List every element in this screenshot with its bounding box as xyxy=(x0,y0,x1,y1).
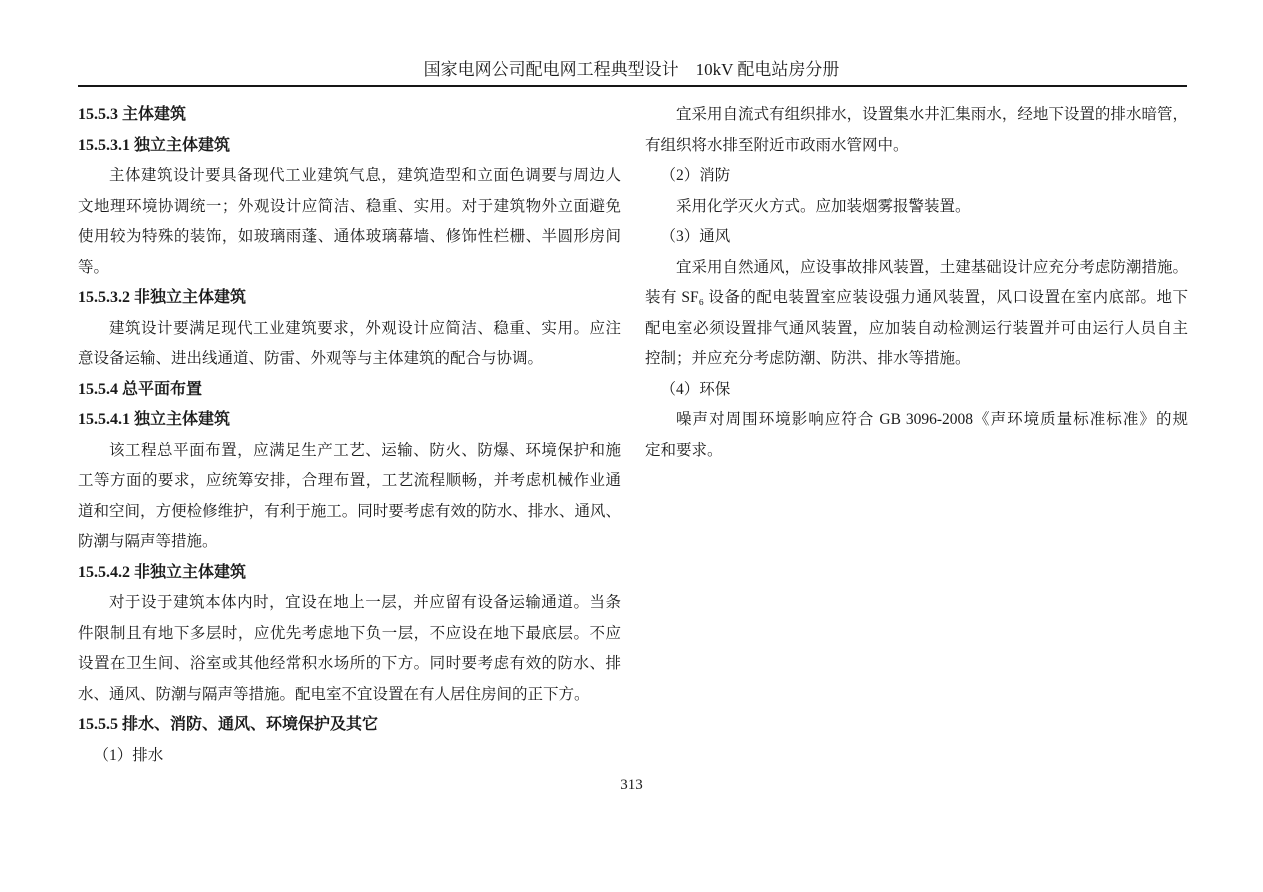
text-line: 噪声对周围环境影响应符合 GB 3096-2008《声环境质量标准标准》的规 xyxy=(645,405,1188,436)
text-line: 宜采用自然通风，应设事故排风装置，土建基础设计应充分考虑防潮措施。 xyxy=(645,253,1188,284)
section-heading: 15.5.4.1 独立主体建筑 xyxy=(78,405,621,436)
text-line: （4）环保 xyxy=(645,375,1188,406)
text-line: 主体建筑设计要具备现代工业建筑气息，建筑造型和立面色调要与周边人 xyxy=(78,161,621,192)
text-line: 控制；并应充分考虑防潮、防洪、排水等措施。 xyxy=(645,344,1188,375)
section-heading: 15.5.4 总平面布置 xyxy=(78,375,621,406)
text-line: 水、通风、防潮与隔声等措施。配电室不宜设置在有人居住房间的正下方。 xyxy=(78,680,621,711)
page-number: 313 xyxy=(0,775,1263,795)
text-line: 装有 SF₆ 设备的配电装置室应装设强力通风装置，风口设置在室内底部。地下 xyxy=(645,283,1188,314)
text-line: （1）排水 xyxy=(78,741,621,772)
section-heading: 15.5.3 主体建筑 xyxy=(78,100,621,131)
text-line: 定和要求。 xyxy=(645,436,1188,467)
running-header-title: 国家电网公司配电网工程典型设计 10kV 配电站房分册 xyxy=(0,59,1263,81)
section-heading: 15.5.5 排水、消防、通风、环境保护及其它 xyxy=(78,710,621,741)
text-line: 文地理环境协调统一；外观设计应简洁、稳重、实用。对于建筑物外立面避免 xyxy=(78,192,621,223)
text-line: 防潮与隔声等措施。 xyxy=(78,527,621,558)
text-line: 工等方面的要求，应统筹安排，合理布置，工艺流程顺畅，并考虑机械作业通 xyxy=(78,466,621,497)
text-line: 建筑设计要满足现代工业建筑要求，外观设计应简洁、稳重、实用。应注 xyxy=(78,314,621,345)
text-line: 宜采用自流式有组织排水，设置集水井汇集雨水，经地下设置的排水暗管， xyxy=(645,100,1188,131)
text-line: 使用较为特殊的装饰，如玻璃雨蓬、通体玻璃幕墙、修饰性栏栅、半圆形房间 xyxy=(78,222,621,253)
section-heading: 15.5.4.2 非独立主体建筑 xyxy=(78,558,621,589)
text-line: 意设备运输、进出线通道、防雷、外观等与主体建筑的配合与协调。 xyxy=(78,344,621,375)
text-line: （3）通风 xyxy=(645,222,1188,253)
text-line: 设置在卫生间、浴室或其他经常积水场所的下方。同时要考虑有效的防水、排 xyxy=(78,649,621,680)
text-line: 等。 xyxy=(78,253,621,284)
text-line: 配电室必须设置排气通风装置，应加装自动检测运行装置并可由运行人员自主 xyxy=(645,314,1188,345)
text-line: 采用化学灭火方式。应加装烟雾报警装置。 xyxy=(645,192,1188,223)
text-line: 道和空间，方便检修维护，有利于施工。同时要考虑有效的防水、排水、通风、 xyxy=(78,497,621,528)
right-column: 宜采用自流式有组织排水，设置集水井汇集雨水，经地下设置的排水暗管，有组织将水排至… xyxy=(645,100,1188,466)
text-line: 件限制且有地下多层时，应优先考虑地下负一层，不应设在地下最底层。不应 xyxy=(78,619,621,650)
text-line: 对于设于建筑本体内时，宜设在地上一层，并应留有设备运输通道。当条 xyxy=(78,588,621,619)
text-line: 该工程总平面布置，应满足生产工艺、运输、防火、防爆、环境保护和施 xyxy=(78,436,621,467)
section-heading: 15.5.3.1 独立主体建筑 xyxy=(78,131,621,162)
header-rule xyxy=(78,85,1187,87)
document-page: 国家电网公司配电网工程典型设计 10kV 配电站房分册 15.5.3 主体建筑1… xyxy=(0,0,1263,892)
left-column: 15.5.3 主体建筑15.5.3.1 独立主体建筑主体建筑设计要具备现代工业建… xyxy=(78,100,621,771)
text-line: 有组织将水排至附近市政雨水管网中。 xyxy=(645,131,1188,162)
section-heading: 15.5.3.2 非独立主体建筑 xyxy=(78,283,621,314)
text-line: （2）消防 xyxy=(645,161,1188,192)
